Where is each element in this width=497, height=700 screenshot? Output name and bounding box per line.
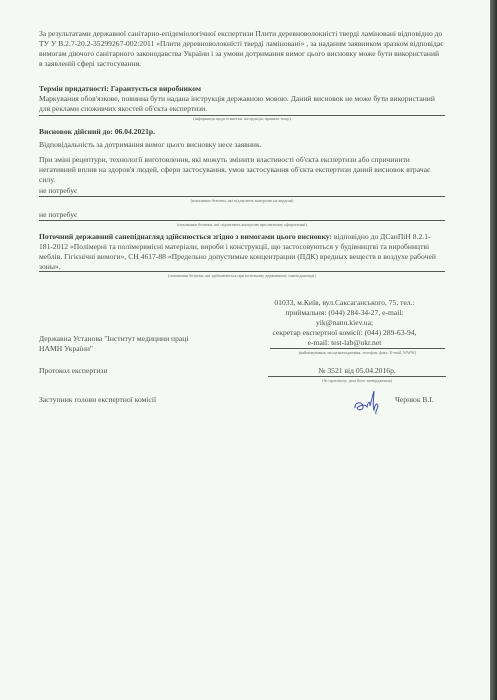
institution-name-line: НАМН України" — [39, 344, 229, 354]
shelf-life-text: Маркування обов'язкове, повинна бути над… — [39, 94, 444, 114]
shelf-life-caption: (інформація щодо етикетки, інструкція, п… — [39, 116, 445, 121]
address-line: yik@nanu.kiev.ua; — [247, 318, 442, 328]
divider — [39, 271, 445, 272]
address-line: секретар експертної комісії: (044) 289-6… — [247, 328, 442, 338]
intro-paragraph: За результатами державної санітарно-епід… — [39, 29, 444, 69]
document-page: За результатами державної санітарно-епід… — [0, 0, 490, 700]
shelf-life-title: Термін придатності: Гарантується виробни… — [39, 84, 444, 94]
institution-name-line: Державна Установа "Інститут медицини пра… — [39, 334, 229, 344]
border-control-value: не потребує — [39, 186, 444, 196]
protocol-caption: (№ протоколу, дата його затвердження) — [268, 378, 446, 383]
signatory-role: Заступник голови експертної комісії — [39, 395, 444, 405]
supervision-title: Поточний державний санепіднагляд здійсню… — [39, 232, 332, 241]
supervision-paragraph: Поточний державний санепіднагляд здійсню… — [39, 232, 444, 272]
supervision-caption: (показники безпеки, які здійснюються при… — [39, 273, 445, 278]
signatory-name: Чернюк В.І. — [395, 395, 455, 405]
valid-until: Висновок дійсний до: 06.04.2021р. — [39, 127, 444, 137]
border-control-caption: (показники безпеки, які підлягають контр… — [39, 198, 445, 203]
change-clause: При зміні рецептури, технології виготовл… — [39, 155, 444, 185]
scan-edge — [490, 0, 497, 700]
institution-address: 01033, м.Київ, вул.Саксаганського, 75, т… — [247, 298, 442, 348]
divider — [39, 196, 445, 197]
signature-icon — [352, 388, 382, 416]
divider — [39, 220, 445, 221]
responsibility-text: Відповідальність за дотримання вимог цьо… — [39, 140, 444, 150]
divider — [268, 376, 446, 377]
divider — [270, 348, 445, 349]
address-line: 01033, м.Київ, вул.Саксаганського, 75, т… — [247, 298, 442, 308]
address-line: приймальня: (044) 284-34-27, e-mail: — [247, 308, 442, 318]
institution-name: Державна Установа "Інститут медицини пра… — [39, 334, 229, 354]
customs-control-value: не потребує — [39, 210, 444, 220]
protocol-value: № 3521 від 05.04.2016р. — [268, 366, 446, 376]
institution-caption: (найменування, місцезнаходження, телефон… — [260, 350, 455, 355]
customs-control-caption: (показники безпеки, які підлягають контр… — [39, 222, 445, 227]
address-line: e-mail: test-lab@ukr.net — [247, 338, 442, 348]
